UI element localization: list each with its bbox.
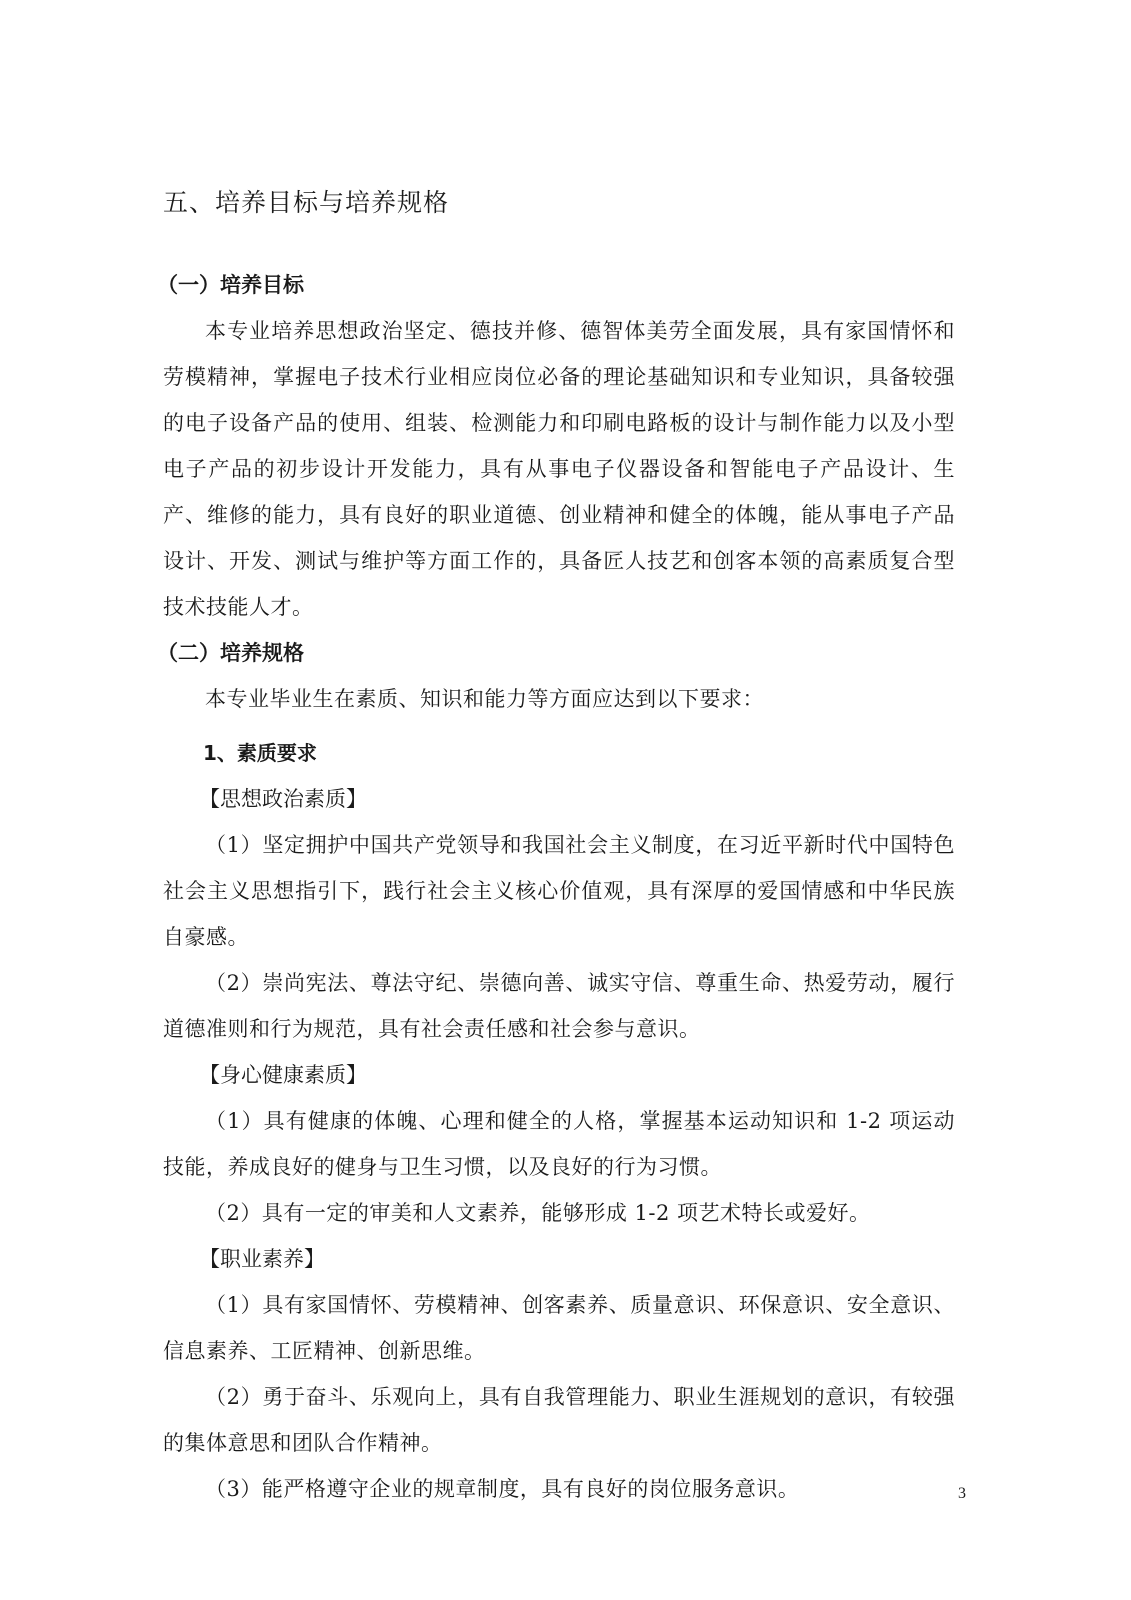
- page-number: 3: [958, 1485, 966, 1503]
- list-item: （2）崇尚宪法、尊法守纪、崇德向善、诚实守信、尊重生命、热爱劳动，履行道德准则和…: [163, 960, 955, 1052]
- objectives-paragraph: 本专业培养思想政治坚定、德技并修、德智体美劳全面发展，具有家国情怀和劳模精神，掌…: [163, 308, 955, 630]
- list-item: （2）勇于奋斗、乐观向上，具有自我管理能力、职业生涯规划的意识，有较强的集体意思…: [163, 1374, 955, 1466]
- document-page: 五、培养目标与培养规格 （一）培养目标 本专业培养思想政治坚定、德技并修、德智体…: [0, 0, 1131, 1600]
- group-label: 【思想政治素质】: [163, 776, 955, 822]
- group-professional: 【职业素养】 （1）具有家国情怀、劳模精神、创客素养、质量意识、环保意识、安全意…: [163, 1236, 955, 1512]
- list-item: （1）坚定拥护中国共产党领导和我国社会主义制度，在习近平新时代中国特色社会主义思…: [163, 822, 955, 960]
- page-content: 五、培养目标与培养规格 （一）培养目标 本专业培养思想政治坚定、德技并修、德智体…: [163, 180, 955, 1512]
- group-label: 【职业素养】: [163, 1236, 955, 1282]
- group-label: 【身心健康素质】: [163, 1052, 955, 1098]
- group-physical-mental: 【身心健康素质】 （1）具有健康的体魄、心理和健全的人格，掌握基本运动知识和 1…: [163, 1052, 955, 1236]
- list-item: （3）能严格遵守企业的规章制度，具有良好的岗位服务意识。: [163, 1466, 955, 1512]
- requirement-heading: 1、素质要求: [163, 730, 955, 776]
- section-title: 五、培养目标与培养规格: [163, 180, 955, 226]
- specifications-intro: 本专业毕业生在素质、知识和能力等方面应达到以下要求：: [163, 676, 955, 722]
- list-item: （1）具有健康的体魄、心理和健全的人格，掌握基本运动知识和 1-2 项运动技能，…: [163, 1098, 955, 1190]
- list-item: （1）具有家国情怀、劳模精神、创客素养、质量意识、环保意识、安全意识、信息素养、…: [163, 1282, 955, 1374]
- group-ideological: 【思想政治素质】 （1）坚定拥护中国共产党领导和我国社会主义制度，在习近平新时代…: [163, 776, 955, 1052]
- list-item: （2）具有一定的审美和人文素养，能够形成 1-2 项艺术特长或爱好。: [163, 1190, 955, 1236]
- subsection-title-specifications: （二）培养规格: [157, 630, 955, 676]
- subsection-title-objectives: （一）培养目标: [157, 262, 955, 308]
